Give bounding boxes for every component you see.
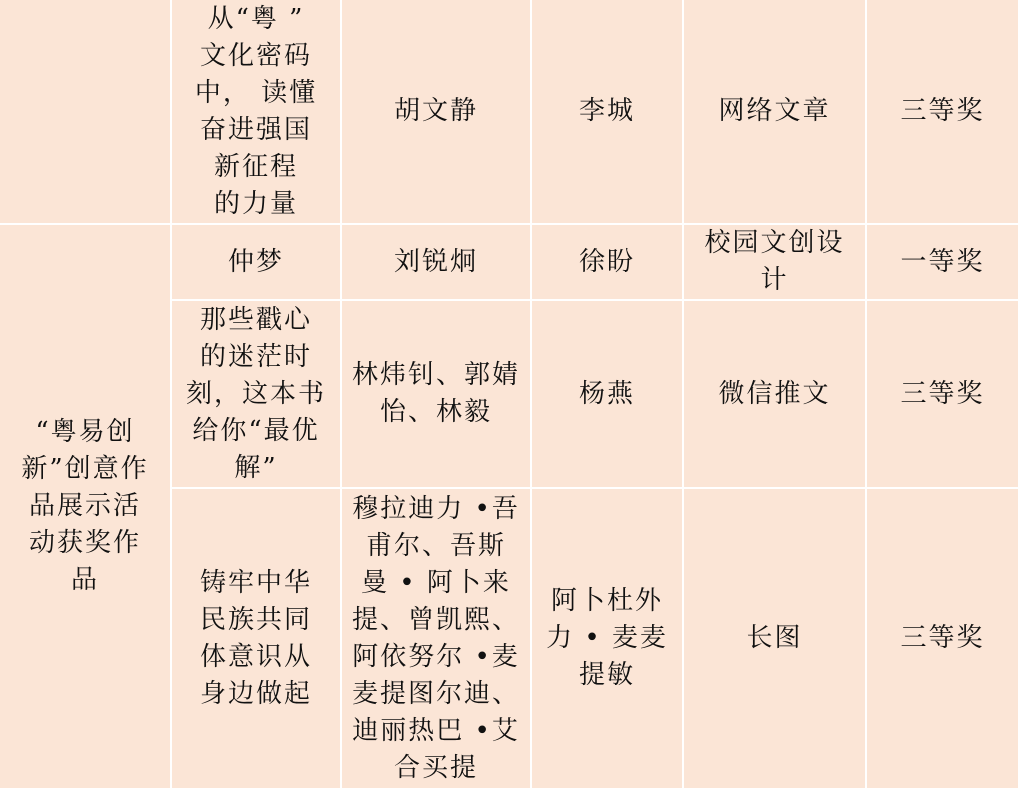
work-type-cell: 微信推文 xyxy=(683,300,866,488)
authors-cell: 穆拉迪力 •吾 甫尔、吾斯 曼 • 阿卜来 提、曾凯熙、 阿依努尔 •麦 麦提图… xyxy=(341,488,531,788)
award-cell: 一等奖 xyxy=(866,224,1018,300)
award-level: 三等奖 xyxy=(900,93,984,130)
work-title-cell: 那些戳心 的迷茫时 刻，这本书 给你“最优 解” xyxy=(171,300,341,488)
work-type: 校园文创设 计 xyxy=(704,225,844,299)
advisor: 徐盼 xyxy=(579,244,635,281)
advisor-cell: 阿卜杜外 力 • 麦麦 提敏 xyxy=(531,488,683,788)
work-title-cell: 从“粤 ” 文化密码 中， 读懂 奋进强国 新征程 的力量 xyxy=(171,0,341,224)
authors: 林炜钊、郭婧 怡、林毅 xyxy=(352,357,520,431)
work-type-cell: 网络文章 xyxy=(683,0,866,224)
award-level: 一等奖 xyxy=(900,244,984,281)
table-row: 从“粤 ” 文化密码 中， 读懂 奋进强国 新征程 的力量 胡文静 李城 网络文… xyxy=(0,0,1018,224)
authors: 胡文静 xyxy=(394,93,478,130)
award-level: 三等奖 xyxy=(900,376,984,413)
advisor-cell: 杨燕 xyxy=(531,300,683,488)
work-type-cell: 校园文创设 计 xyxy=(683,224,866,300)
work-title-cell: 铸牢中华 民族共同 体意识从 身边做起 xyxy=(171,488,341,788)
authors-cell: 林炜钊、郭婧 怡、林毅 xyxy=(341,300,531,488)
award-cell: 三等奖 xyxy=(866,0,1018,224)
activity-cell: “粤易创 新”创意作 品展示活 动获奖作 品 xyxy=(0,224,171,788)
advisor-cell: 徐盼 xyxy=(531,224,683,300)
advisor: 李城 xyxy=(579,93,635,130)
work-title-cell: 仲梦 xyxy=(171,224,341,300)
work-type: 长图 xyxy=(746,620,802,657)
work-title: 那些戳心 的迷茫时 刻，这本书 给你“最优 解” xyxy=(186,302,326,487)
work-title: 铸牢中华 民族共同 体意识从 身边做起 xyxy=(200,565,312,713)
table-row: “粤易创 新”创意作 品展示活 动获奖作 品 仲梦 刘锐炯 徐盼 校园文创设 计… xyxy=(0,224,1018,300)
advisor: 阿卜杜外 力 • 麦麦 提敏 xyxy=(546,583,668,694)
authors-cell: 胡文静 xyxy=(341,0,531,224)
work-type: 微信推文 xyxy=(718,376,830,413)
authors: 刘锐炯 xyxy=(394,244,478,281)
activity-cell xyxy=(0,0,171,224)
award-table: 从“粤 ” 文化密码 中， 读懂 奋进强国 新征程 的力量 胡文静 李城 网络文… xyxy=(0,0,1018,788)
award-level: 三等奖 xyxy=(900,620,984,657)
advisor-cell: 李城 xyxy=(531,0,683,224)
authors: 穆拉迪力 •吾 甫尔、吾斯 曼 • 阿卜来 提、曾凯熙、 阿依努尔 •麦 麦提图… xyxy=(352,491,520,787)
authors-cell: 刘锐炯 xyxy=(341,224,531,300)
work-type-cell: 长图 xyxy=(683,488,866,788)
work-title: 从“粤 ” 文化密码 中， 读懂 奋进强国 新征程 的力量 xyxy=(195,1,317,223)
award-cell: 三等奖 xyxy=(866,488,1018,788)
activity-name: “粤易创 新”创意作 品展示活 动获奖作 品 xyxy=(21,414,148,599)
work-type: 网络文章 xyxy=(718,93,830,130)
work-title: 仲梦 xyxy=(228,244,284,281)
award-cell: 三等奖 xyxy=(866,300,1018,488)
advisor: 杨燕 xyxy=(579,376,635,413)
